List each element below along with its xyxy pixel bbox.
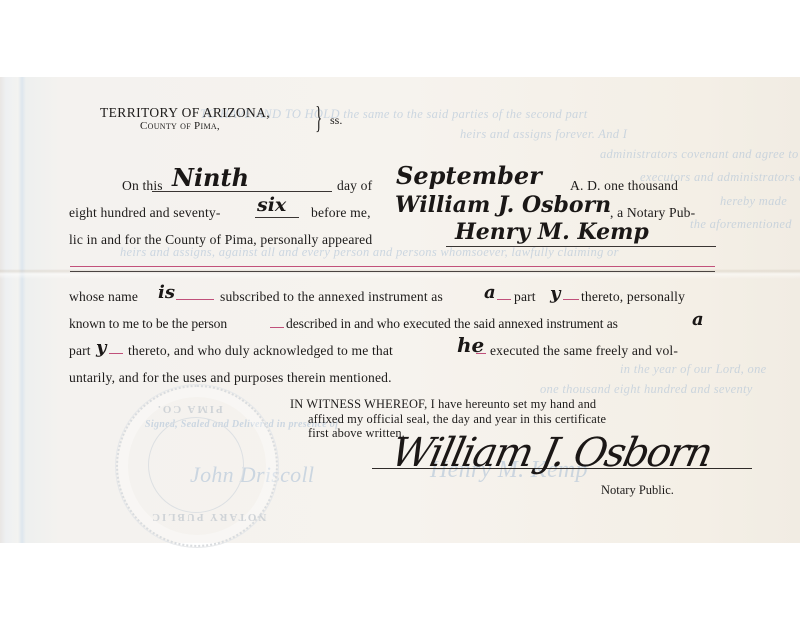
black-rule <box>70 271 715 272</box>
witness-line-1: IN WITNESS WHEREOF, I have hereunto set … <box>290 397 596 412</box>
handwritten-day: Ninth <box>172 166 249 190</box>
body-l2-b: described in and who executed the said a… <box>286 316 618 332</box>
bleed-through-text: heirs and assigns forever. And I <box>460 127 627 142</box>
notary-signature: William J. Osborn <box>387 430 715 476</box>
handwritten-person-name: Henry M. Kemp <box>455 221 649 243</box>
notary-public-label: Notary Public. <box>601 483 674 498</box>
body-l3-b: thereto, and who duly acknowledged to me… <box>128 343 393 359</box>
bleed-through-text: one thousand eight hundred and seventy <box>540 382 753 397</box>
handwritten-year: six <box>257 196 286 215</box>
handwritten-a-2: a <box>692 311 704 329</box>
witness-line-2: affixed my official seal, the day and ye… <box>308 412 606 427</box>
territory-heading: TERRITORY OF ARIZONA, <box>100 105 270 121</box>
line3-prefix: lic in and for the County of Pima, perso… <box>69 232 372 248</box>
seal-text-top: PIMA CO. <box>156 403 223 415</box>
pink-dash <box>563 299 579 300</box>
pink-dash <box>497 299 511 300</box>
day-blank-line <box>152 191 332 192</box>
bleed-through-text: administrators covenant and agree to and <box>600 147 800 162</box>
line2-mid: before me, <box>311 205 371 221</box>
brace-symbol: } <box>315 101 322 133</box>
handwritten-he: he <box>457 335 484 355</box>
handwritten-a: a <box>484 284 496 302</box>
body-l1-a: whose name <box>69 289 138 305</box>
body-l3-c: executed the same freely and vol- <box>490 343 678 359</box>
handwritten-y: y <box>550 285 560 303</box>
notary-seal-emboss: PIMA CO. NOTARY PUBLIC <box>116 385 278 547</box>
bleed-through-text: the aforementioned <box>690 217 792 232</box>
pink-dash <box>476 353 486 354</box>
body-l1-b: subscribed to the annexed instrument as <box>220 289 443 305</box>
handwritten-is: is <box>158 284 175 302</box>
person-blank-line <box>446 246 716 247</box>
seal-text-bottom: NOTARY PUBLIC <box>150 511 266 523</box>
body-l4: untarily, and for the uses and purposes … <box>69 370 392 386</box>
year-blank-line <box>255 217 299 218</box>
line2-prefix: eight hundred and seventy- <box>69 205 221 221</box>
body-l1-d: thereto, personally <box>581 289 685 305</box>
county-heading: County of Pima, <box>140 120 220 132</box>
handwritten-month: September <box>396 164 542 188</box>
pink-dash <box>176 299 214 300</box>
pink-dash <box>109 353 123 354</box>
seal-inner-ring <box>148 417 244 513</box>
pink-rule <box>70 266 715 267</box>
handwritten-y-2: y <box>96 339 106 357</box>
bleed-through-text: hereby made <box>720 194 787 209</box>
bleed-through-text: in the year of our Lord, one <box>620 362 766 377</box>
body-l3-a: part <box>69 343 91 359</box>
ss-label: ss. <box>330 113 342 128</box>
line1-mid: day of <box>337 178 372 194</box>
body-l2-a: known to me to be the person <box>69 316 227 332</box>
witness-line-3: first above written. <box>308 426 405 441</box>
body-l1-c: part <box>514 289 536 305</box>
handwritten-notary-name: William J. Osborn <box>395 194 611 216</box>
pink-dash <box>270 327 284 328</box>
